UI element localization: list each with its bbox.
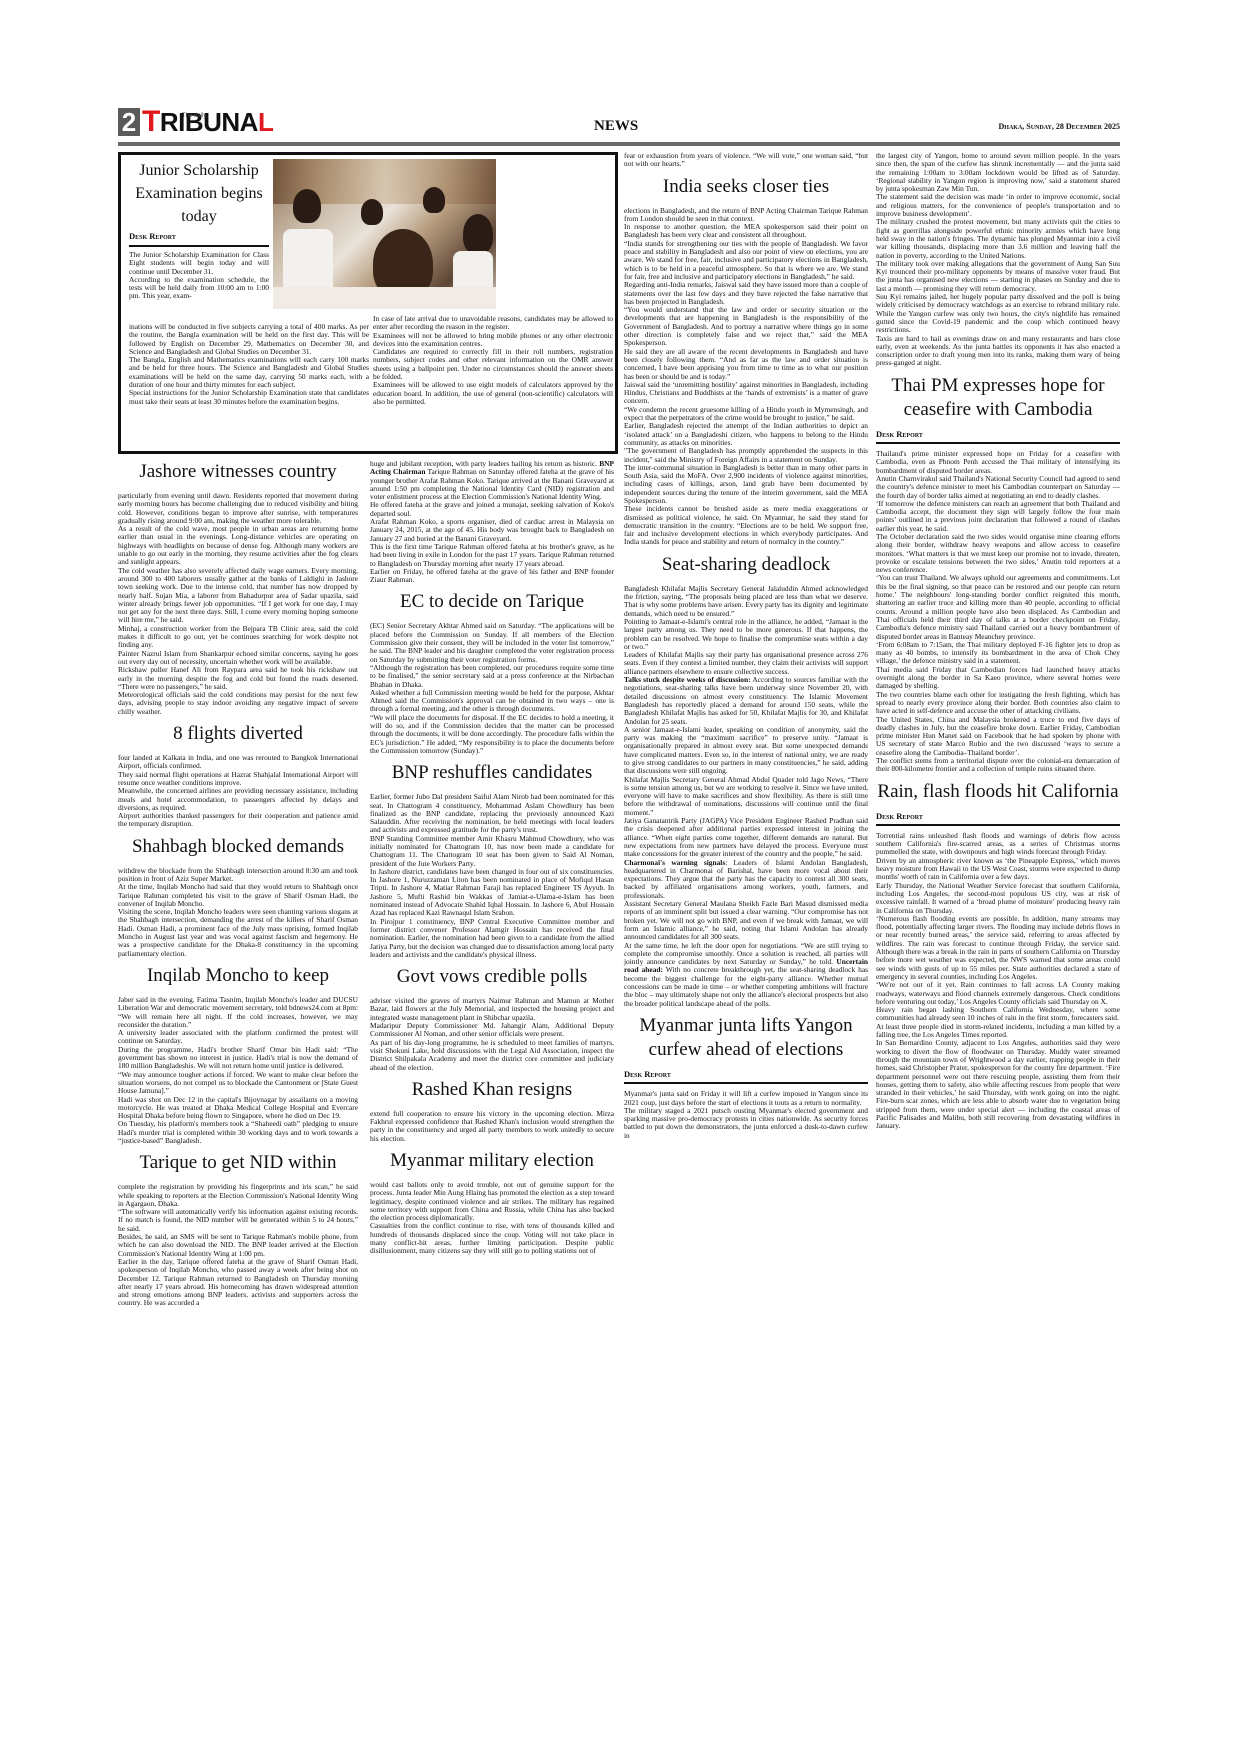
paragraph: Regarding anti-India remarks, Jaiswal sa… bbox=[624, 281, 868, 306]
paragraph: Thailand's prime minister expressed hope… bbox=[876, 450, 1120, 475]
yangon-byline: Desk Report bbox=[624, 1070, 868, 1084]
paragraph: the largest city of Yangon, home to arou… bbox=[876, 152, 1120, 193]
logo-letters: RIBUNA bbox=[160, 107, 258, 137]
paragraph: In case of late arrival due to unavoidab… bbox=[373, 315, 613, 332]
headline-bnp: BNP reshuffles candidates bbox=[370, 761, 614, 785]
paragraph: Casualties from the conflict continue to… bbox=[370, 1222, 614, 1255]
paragraph: The October declaration said the two sid… bbox=[876, 533, 1120, 574]
paragraph: The conflict stems from a territorial di… bbox=[876, 757, 1120, 774]
paragraph: Suu Kyi remains jailed, her hugely popul… bbox=[876, 293, 1120, 334]
headline-jashore: Jashore witnesses country bbox=[118, 460, 358, 484]
paragraph: Khilafat Majlis Secretary General Ahmad … bbox=[624, 776, 868, 817]
exam-photo bbox=[273, 159, 496, 309]
paragraph: The two countries blame each other for i… bbox=[876, 691, 1120, 716]
headline-rashed: Rashed Khan resigns bbox=[370, 1078, 614, 1102]
paragraph: Thai media said Friday that Cambodian fo… bbox=[876, 666, 1120, 691]
paragraph: Pointing to Jamaat-e-Islami's central ro… bbox=[624, 618, 868, 651]
lead-story-box: Junior Scholarship Examination begins to… bbox=[118, 152, 618, 454]
headline-nid: Tarique to get NID within bbox=[118, 1151, 358, 1175]
paragraph: “You would understand that the law and o… bbox=[624, 306, 868, 347]
paragraph: (EC) Senior Secretary Akhtar Ahmed said … bbox=[370, 622, 614, 663]
masthead: 2 The daily TRIBUNAL NEWS Dhaka, Sunday,… bbox=[118, 104, 1120, 140]
paragraph: Jatiya Ganatantrik Party (JAGPA) Vice Pr… bbox=[624, 817, 868, 858]
paragraph: Jaber said in the evening. Fatima Tasnim… bbox=[118, 996, 358, 1029]
headline-india: India seeks closer ties bbox=[624, 175, 868, 199]
tribunal-logo: The daily TRIBUNAL bbox=[142, 108, 273, 136]
paragraph: Earlier, Bangladesh rejected the attempt… bbox=[624, 422, 868, 447]
paragraph: Earlier on Friday, he offered fateha at … bbox=[370, 568, 614, 585]
headline-govt: Govt vows credible polls bbox=[370, 965, 614, 989]
paragraph: In Pirojpur 1 constituency, BNP Central … bbox=[370, 918, 614, 959]
paragraph: The military staged a 2021 putsch oustin… bbox=[624, 1107, 868, 1140]
paragraph: “The software will automatically verify … bbox=[118, 1208, 358, 1233]
paragraph: Examinees will not be allowed to bring m… bbox=[373, 332, 613, 349]
column-b: huge and jubilant reception, with party … bbox=[370, 460, 614, 1256]
paragraph: A university leader associated with the … bbox=[118, 1029, 358, 1046]
paragraph: Besides, he said, an SMS will be sent to… bbox=[118, 1233, 358, 1258]
paragraph: “India stands for strengthening our ties… bbox=[624, 240, 868, 281]
paragraph: In response to another question, the MEA… bbox=[624, 223, 868, 240]
paragraph: Heavy rain began lashing Southern Califo… bbox=[876, 1006, 1120, 1023]
column-a: Jashore witnesses country particularly f… bbox=[118, 460, 358, 1308]
paragraph: Talks stuck despite weeks of discussion:… bbox=[624, 676, 868, 726]
paragraph: Assistant Secretary General Maulana Shei… bbox=[624, 900, 868, 941]
rain-byline: Desk Report bbox=[876, 812, 1120, 826]
paragraph: Madaripur Deputy Commissioner Md. Jahang… bbox=[370, 1022, 614, 1039]
paragraph: particularly from evening until dawn. Re… bbox=[118, 492, 358, 525]
paragraph: This is the first time Tarique Rahman of… bbox=[370, 543, 614, 568]
paragraph: Torrential rains unleashed flash floods … bbox=[876, 832, 1120, 857]
paragraph: Examinees will be allowed to use eight m… bbox=[373, 381, 613, 406]
paragraph: The military crushed the protest movemen… bbox=[876, 218, 1120, 259]
paragraph: Special instructions for the Junior Scho… bbox=[129, 389, 369, 406]
paragraph: These incidents cannot be brushed aside … bbox=[624, 505, 868, 546]
paragraph: Anutin Charnvirakul said Thailand's Nati… bbox=[876, 475, 1120, 500]
thai-byline: Desk Report bbox=[876, 430, 1120, 444]
logo-letter-t: T bbox=[142, 105, 160, 138]
paragraph: elections in Bangladesh, and the return … bbox=[624, 207, 868, 224]
page-number: 2 bbox=[118, 108, 140, 136]
headline-inqilab: Inqilab Moncho to keep bbox=[118, 964, 358, 988]
paragraph: Jaiswal said the ‘unremitting hostility’… bbox=[624, 381, 868, 406]
paragraph: ‘If tomorrow the defence ministers can r… bbox=[876, 500, 1120, 533]
paragraph: At the time, Inqilab Moncho had said tha… bbox=[118, 883, 358, 908]
paragraph: Hadi was shot on Dec 12 in the capital's… bbox=[118, 1096, 358, 1121]
paragraph: The military took over making allegation… bbox=[876, 260, 1120, 293]
paragraph: Driven by an atmospheric river known as … bbox=[876, 857, 1120, 882]
headline-myanmar-military: Myanmar military election bbox=[370, 1149, 614, 1173]
headline-rain: Rain, flash floods hit California bbox=[876, 780, 1120, 804]
paragraph: As part of his day-long programme, he is… bbox=[370, 1039, 614, 1072]
newspaper-page: 2 The daily TRIBUNAL NEWS Dhaka, Sunday,… bbox=[118, 104, 1120, 140]
paragraph: He said they are all aware of the recent… bbox=[624, 348, 868, 381]
lead-col1: The Junior Scholarship Examination for C… bbox=[129, 251, 269, 301]
paragraph: ‘From 6:08am to 7:15am, the Thai militar… bbox=[876, 641, 1120, 666]
paragraph: Charmonai's warning signals: Leaders of … bbox=[624, 859, 868, 900]
paragraph: As a result of the cold wave, most peopl… bbox=[118, 525, 358, 566]
paragraph: In Jashore district, candidates have bee… bbox=[370, 868, 614, 918]
logo-tagline: The daily bbox=[182, 102, 206, 130]
paragraph: The inter-communal situation in Banglade… bbox=[624, 464, 868, 505]
paragraph: complete the registration by providing h… bbox=[118, 1183, 358, 1208]
paragraph: They said normal flight operations at Ha… bbox=[118, 771, 358, 788]
paragraph: four landed at Kalkata in India, and one… bbox=[118, 754, 358, 771]
paragraph: The statement said the decision was made… bbox=[876, 193, 1120, 218]
headline-ec: EC to decide on Tarique bbox=[370, 590, 614, 614]
dateline: Dhaka, Sunday, 28 December 2025 bbox=[999, 122, 1120, 131]
headline-shahbagh: Shahbagh blocked demands bbox=[118, 835, 358, 859]
paragraph: A senior Jamaat-e-Islami leader, speakin… bbox=[624, 726, 868, 776]
paragraph: Leaders of Khilafat Majlis say their par… bbox=[624, 651, 868, 676]
paragraph: Arafat Rahman Koko, a sports organiser, … bbox=[370, 518, 614, 543]
paragraph: extend full cooperation to ensure his vi… bbox=[370, 1110, 614, 1143]
lead-col2: In case of late arrival due to unavoidab… bbox=[373, 315, 613, 406]
column-c: fear or exhaustion from years of violenc… bbox=[624, 152, 868, 1140]
paragraph: “We condemn the recent gruesome killing … bbox=[624, 406, 868, 423]
paragraph: Meanwhile, the concerned airlines are pr… bbox=[118, 787, 358, 812]
paragraph: would cast ballots only to avoid trouble… bbox=[370, 1181, 614, 1222]
headline-yangon: Myanmar junta lifts Yangon curfew ahead … bbox=[624, 1014, 868, 1062]
paragraph: “Although the registration has been comp… bbox=[370, 664, 614, 689]
paragraph: Bangladesh Khilafat Majlis Secretary Gen… bbox=[624, 585, 868, 618]
paragraph: Taxis are hard to hail as evenings draw … bbox=[876, 335, 1120, 368]
paragraph: Visiting the scene, Inqilab Moncho leade… bbox=[118, 908, 358, 958]
paragraph: The United States, China and Malaysia br… bbox=[876, 716, 1120, 757]
paragraph: ‘We're not out of it yet. Rain continues… bbox=[876, 981, 1120, 1006]
masthead-rule bbox=[118, 142, 1120, 146]
column-d: the largest city of Yangon, home to arou… bbox=[876, 152, 1120, 1131]
paragraph: On Tuesday, his platform's members took … bbox=[118, 1120, 358, 1145]
headline-seat-sharing: Seat-sharing deadlock bbox=[624, 553, 868, 577]
lead-byline: Desk Report bbox=[129, 231, 269, 247]
paragraph: Painter Nazrul Islam from Shankarpur ech… bbox=[118, 650, 358, 667]
paragraph: The cold weather has also severely affec… bbox=[118, 567, 358, 625]
headline-flights: 8 flights diverted bbox=[118, 722, 358, 746]
paragraph: inations will be conducted in five subje… bbox=[129, 323, 369, 356]
paragraph: The Bangla, English and Mathematics exam… bbox=[129, 356, 369, 389]
paragraph: huge and jubilant reception, with party … bbox=[370, 460, 614, 501]
headline-thai: Thai PM expresses hope for ceasefire wit… bbox=[876, 374, 1120, 422]
paragraph: Early Thursday, the National Weather Ser… bbox=[876, 882, 1120, 915]
paragraph: At the same time, he left the door open … bbox=[624, 942, 868, 1008]
paragraph: Asked whether a full Commission meeting … bbox=[370, 689, 614, 714]
section-label: NEWS bbox=[594, 118, 638, 135]
paragraph: Rickshaw puller Hanef Ali from Raypara a… bbox=[118, 666, 358, 691]
paragraph: At least three people died in storm-rela… bbox=[876, 1023, 1120, 1040]
paragraph: ‘You can trust Thailand. We always uphol… bbox=[876, 574, 1120, 640]
logo-letter-l: L bbox=[258, 107, 273, 137]
paragraph: ‘Numerous flash flooding events are poss… bbox=[876, 915, 1120, 981]
paragraph: Myanmar's junta said on Friday it will l… bbox=[624, 1090, 868, 1107]
lead-headline: Junior Scholarship Examination begins to… bbox=[129, 159, 269, 228]
paragraph: “We will place the documents for disposa… bbox=[370, 714, 614, 755]
paragraph: BNP Standing Committee member Amir Khasr… bbox=[370, 835, 614, 868]
paragraph: He offered fateha at the grave and joine… bbox=[370, 501, 614, 518]
paragraph: withdrew the blockade from the Shahbagh … bbox=[118, 867, 358, 884]
paragraph: "The government of Bangladesh has prompt… bbox=[624, 447, 868, 464]
paragraph: According to the examination schedule, t… bbox=[129, 276, 269, 301]
paragraph: The Junior Scholarship Examination for C… bbox=[129, 251, 269, 276]
paragraph: During the programme, Hadi's brother Sha… bbox=[118, 1046, 358, 1071]
paragraph: In San Bernardino County, adjacent to Lo… bbox=[876, 1039, 1120, 1130]
lead-col1b: inations will be conducted in five subje… bbox=[129, 323, 369, 406]
paragraph: adviser visited the graves of martyrs Na… bbox=[370, 997, 614, 1022]
paragraph: Candidates are required to correctly fil… bbox=[373, 348, 613, 381]
paragraph: Airport authorities thanked passengers f… bbox=[118, 812, 358, 829]
paragraph: “We may announce tougher actions if forc… bbox=[118, 1071, 358, 1096]
paragraph: fear or exhaustion from years of violenc… bbox=[624, 152, 868, 169]
paragraph: Earlier, former Jubo Dal president Saifu… bbox=[370, 793, 614, 834]
paragraph: Minhaj, a construction worker from the B… bbox=[118, 625, 358, 650]
paragraph: Meteorological officials said the cold c… bbox=[118, 691, 358, 716]
paragraph: Earlier in the day, Tarique offered fate… bbox=[118, 1258, 358, 1308]
